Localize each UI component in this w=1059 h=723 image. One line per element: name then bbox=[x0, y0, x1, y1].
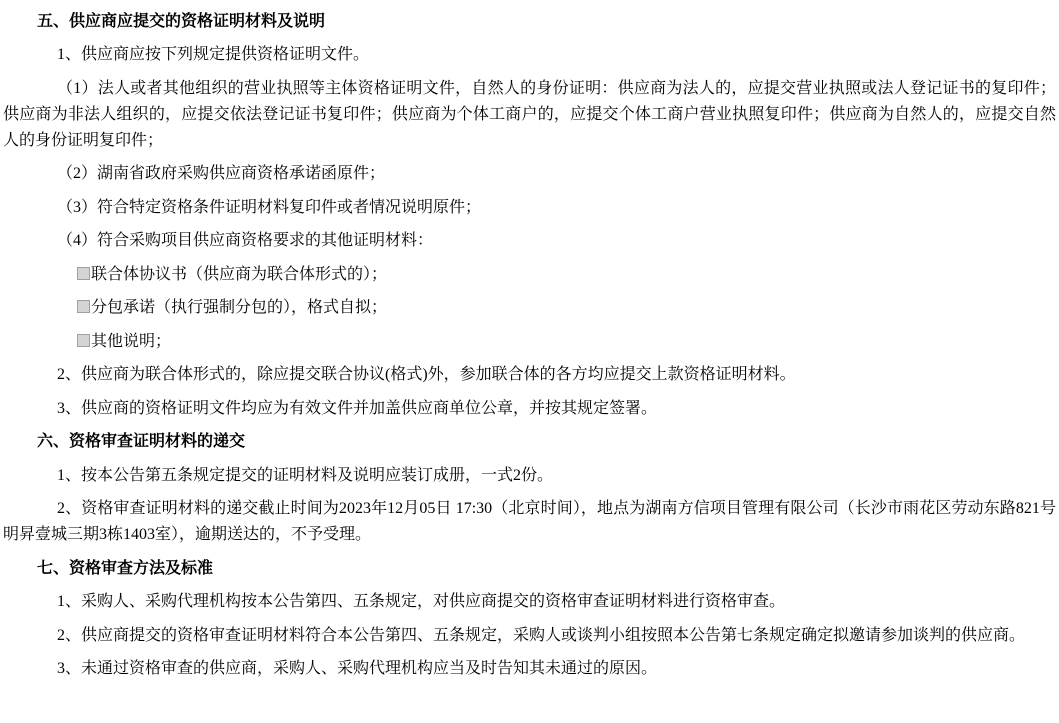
section5-item-1-sub4: （4）符合采购项目供应商资格要求的其他证明材料： bbox=[3, 228, 1056, 254]
section7-item-2: 2、供应商提交的资格审查证明材料符合本公告第四、五条规定，采购人或谈判小组按照本… bbox=[3, 623, 1056, 649]
section5-item-3: 3、供应商的资格证明文件均应为有效文件并加盖供应商单位公章，并按其规定签署。 bbox=[3, 396, 1056, 422]
section6-item-1: 1、按本公告第五条规定提交的证明材料及说明应装订成册，一式2份。 bbox=[3, 463, 1056, 489]
section7-item-3: 3、未通过资格审查的供应商，采购人、采购代理机构应当及时告知其未通过的原因。 bbox=[3, 656, 1056, 682]
section5-item-2: 2、供应商为联合体形式的，除应提交联合协议(格式)外，参加联合体的各方均应提交上… bbox=[3, 362, 1056, 388]
section7-item-1: 1、采购人、采购代理机构按本公告第四、五条规定，对供应商提交的资格审查证明材料进… bbox=[3, 589, 1056, 615]
section5-item-1: 1、供应商应按下列规定提供资格证明文件。 bbox=[3, 42, 1056, 68]
checkbox-item-subcontract-commitment: 分包承诺（执行强制分包的），格式自拟； bbox=[3, 295, 1056, 321]
section5-item-1-sub1: （1）法人或者其他组织的营业执照等主体资格证明文件，自然人的身份证明：供应商为法… bbox=[3, 76, 1056, 154]
empty-checkbox-icon bbox=[77, 300, 90, 313]
checkbox-item-label: 联合体协议书（供应商为联合体形式的）； bbox=[91, 266, 387, 283]
checkbox-item-other-notes: 其他说明； bbox=[3, 329, 1056, 355]
empty-checkbox-icon bbox=[77, 267, 90, 280]
section5-item-1-sub3: （3）符合特定资格条件证明材料复印件或者情况说明原件； bbox=[3, 195, 1056, 221]
checkbox-item-joint-agreement: 联合体协议书（供应商为联合体形式的）； bbox=[3, 262, 1056, 288]
empty-checkbox-icon bbox=[77, 334, 90, 347]
checkbox-item-label: 分包承诺（执行强制分包的），格式自拟； bbox=[91, 299, 387, 316]
procurement-notice-document: 五、供应商应提交的资格证明材料及说明 1、供应商应按下列规定提供资格证明文件。 … bbox=[0, 0, 1059, 682]
section7-heading: 七、资格审查方法及标准 bbox=[3, 556, 1056, 582]
section5-item-1-sub2: （2）湖南省政府采购供应商资格承诺函原件； bbox=[3, 161, 1056, 187]
section6-item-2-deadline-address: 2、资格审查证明材料的递交截止时间为2023年12月05日 17:30（北京时间… bbox=[3, 496, 1056, 548]
section6-heading: 六、资格审查证明材料的递交 bbox=[3, 429, 1056, 455]
checkbox-item-label: 其他说明； bbox=[91, 333, 171, 350]
section5-heading: 五、供应商应提交的资格证明材料及说明 bbox=[3, 9, 1056, 35]
